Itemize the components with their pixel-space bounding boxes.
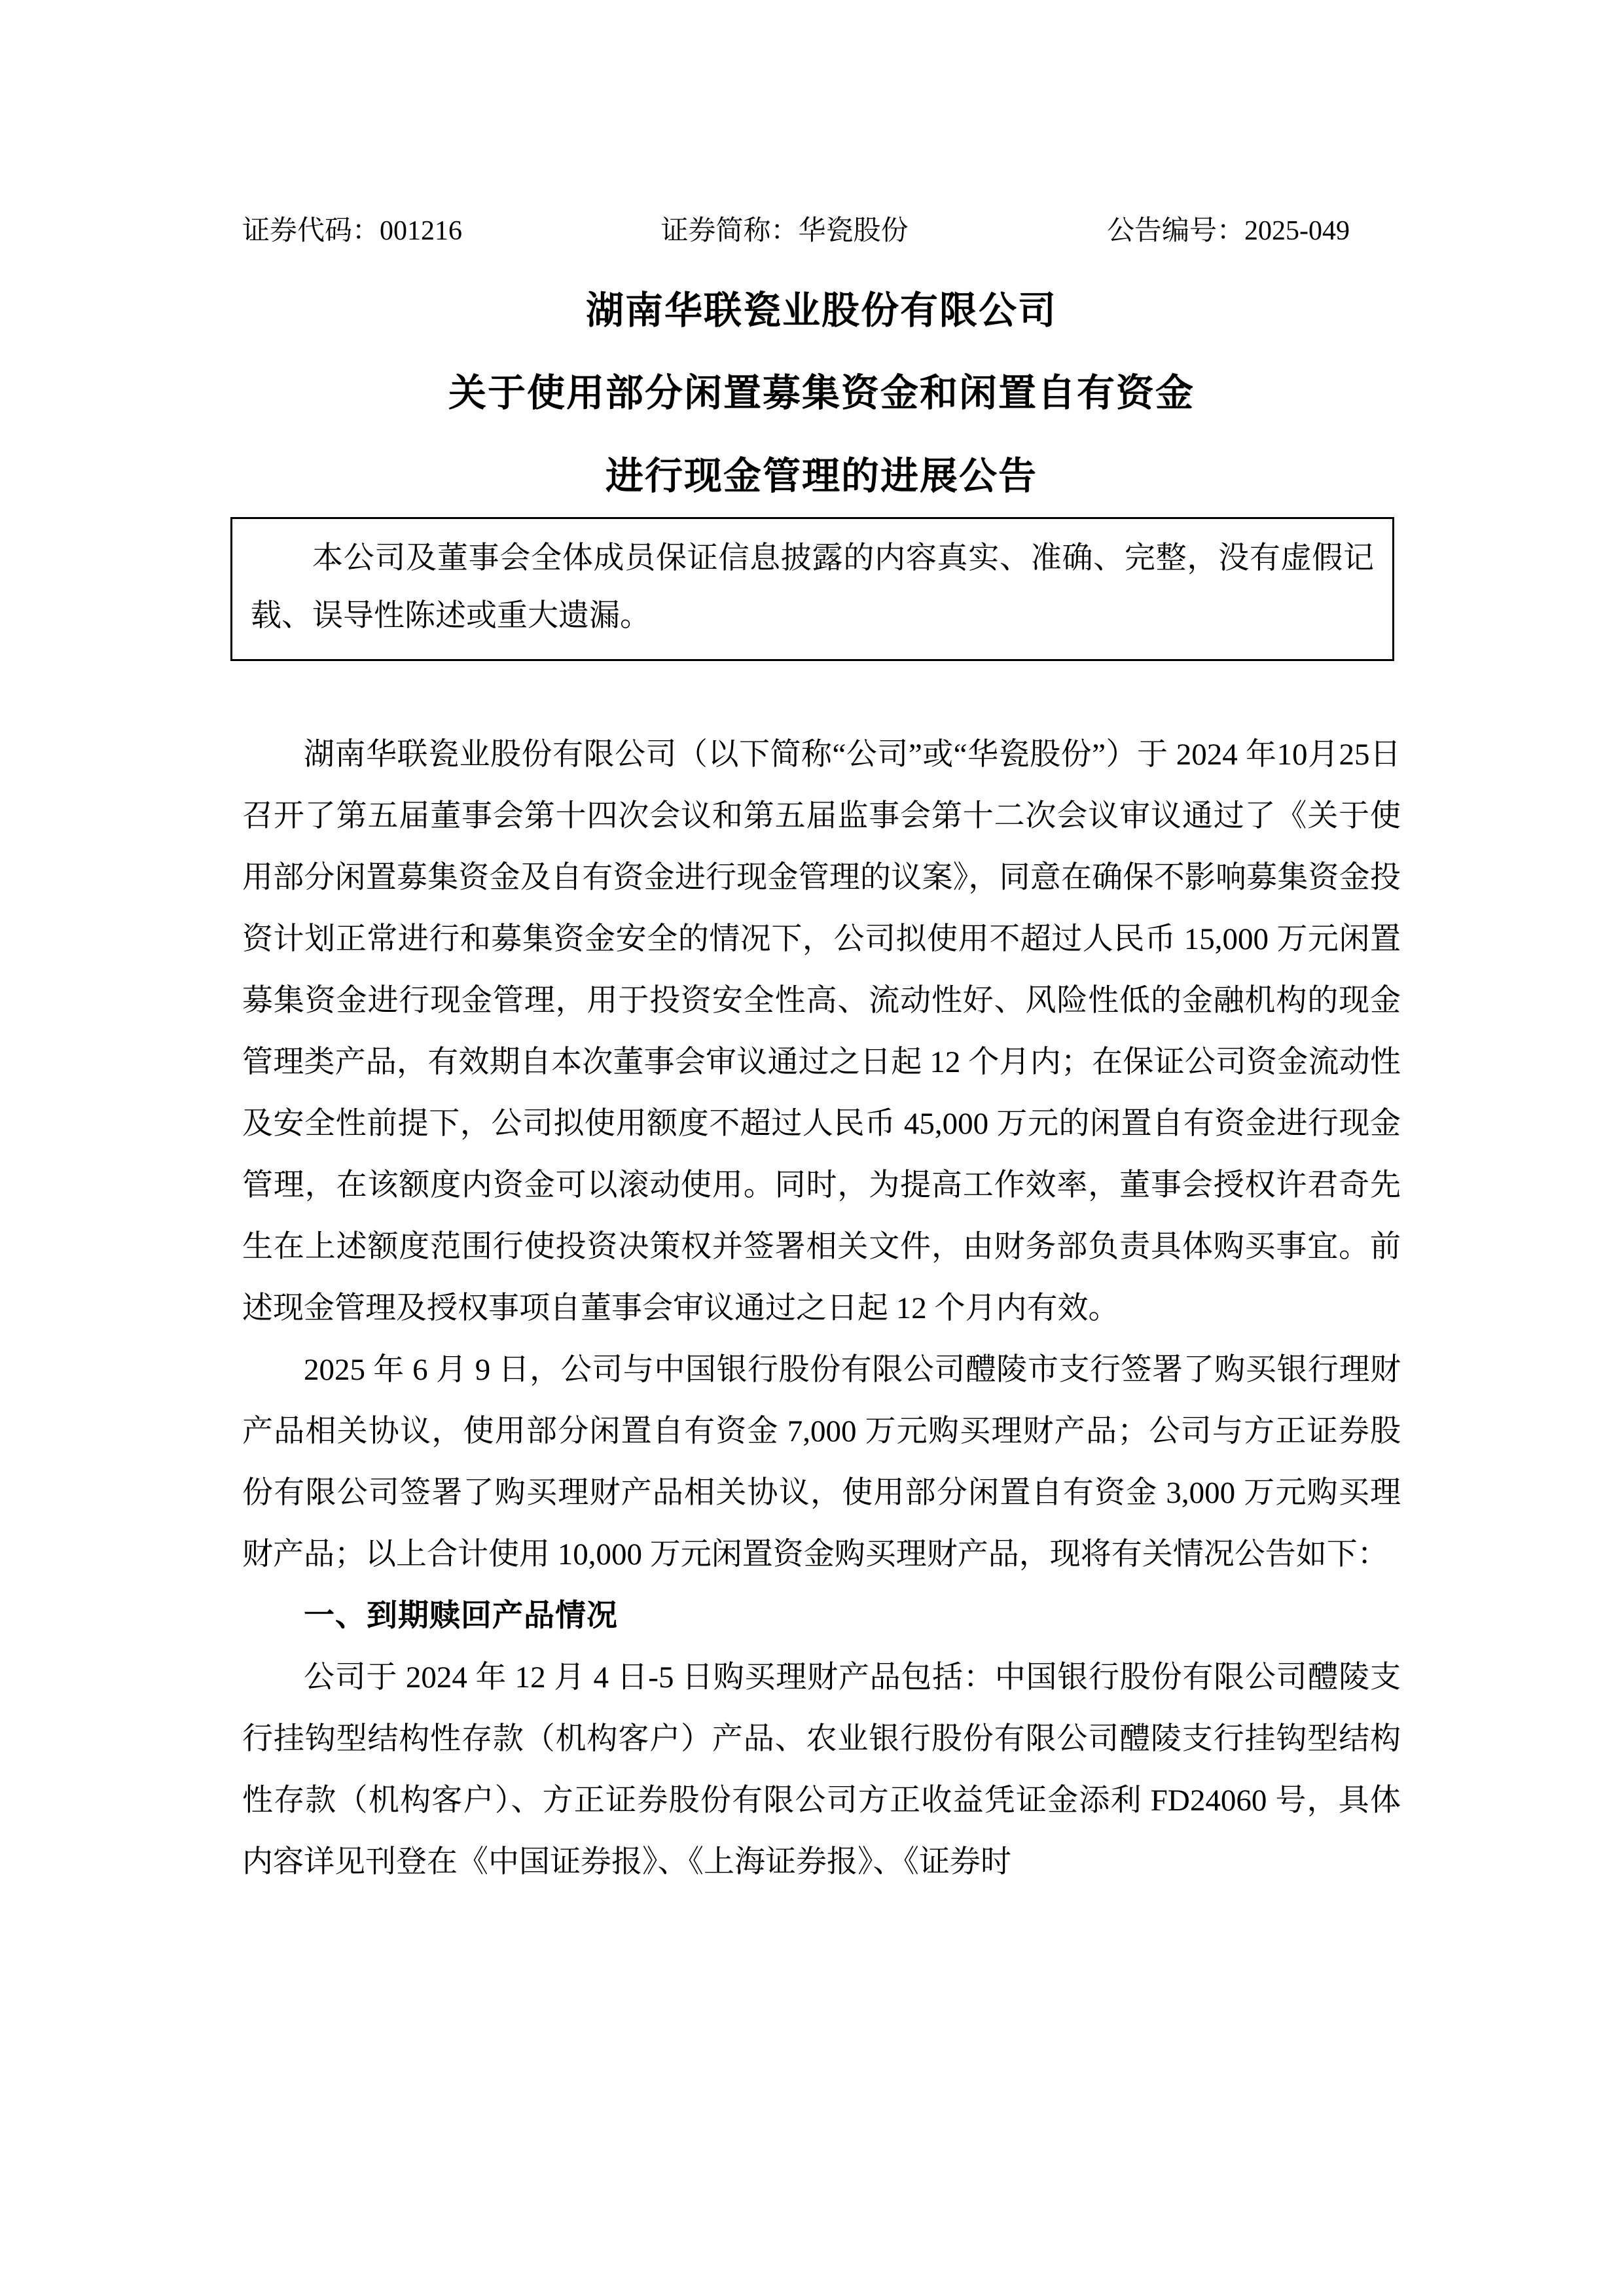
page-content: 证券代码：001216 证券简称：华瓷股份 公告编号：2025-049 湖南华联… — [242, 213, 1401, 1893]
stock-name-label: 证券简称：华瓷股份 — [661, 213, 909, 249]
company-name-title: 湖南华联瓷业股份有限公司 — [242, 286, 1401, 336]
announcement-body: 湖南华联瓷业股份有限公司（以下简称“公司”或“华瓷股份”）于 2024 年10月… — [242, 724, 1401, 1893]
disclosure-notice-box: 本公司及董事会全体成员保证信息披露的内容真实、准确、完整，没有虚假记载、误导性陈… — [230, 517, 1394, 661]
announcement-page: 证券代码：001216 证券简称：华瓷股份 公告编号：2025-049 湖南华联… — [0, 0, 1624, 2296]
section-heading-matured-products: 一、到期赎回产品情况 — [242, 1585, 1401, 1647]
paragraph-matured-products-detail: 公司于 2024 年 12 月 4 日-5 日购买理财产品包括：中国银行股份有限… — [242, 1647, 1401, 1893]
announcement-number-label: 公告编号：2025-049 — [1107, 213, 1350, 249]
announcement-title-line-1: 关于使用部分闲置募集资金和闲置自有资金 — [242, 368, 1401, 418]
announcement-title-line-2: 进行现金管理的进展公告 — [242, 452, 1401, 501]
disclosure-notice-text: 本公司及董事会全体成员保证信息披露的内容真实、准确、完整，没有虚假记载、误导性陈… — [251, 529, 1374, 645]
securities-header-row: 证券代码：001216 证券简称：华瓷股份 公告编号：2025-049 — [242, 213, 1401, 249]
stock-code-label: 证券代码：001216 — [242, 213, 462, 249]
paragraph-current-purchase: 2025 年 6 月 9 日，公司与中国银行股份有限公司醴陵市支行签署了购买银行… — [242, 1339, 1401, 1585]
paragraph-approval-background: 湖南华联瓷业股份有限公司（以下简称“公司”或“华瓷股份”）于 2024 年10月… — [242, 724, 1401, 1339]
